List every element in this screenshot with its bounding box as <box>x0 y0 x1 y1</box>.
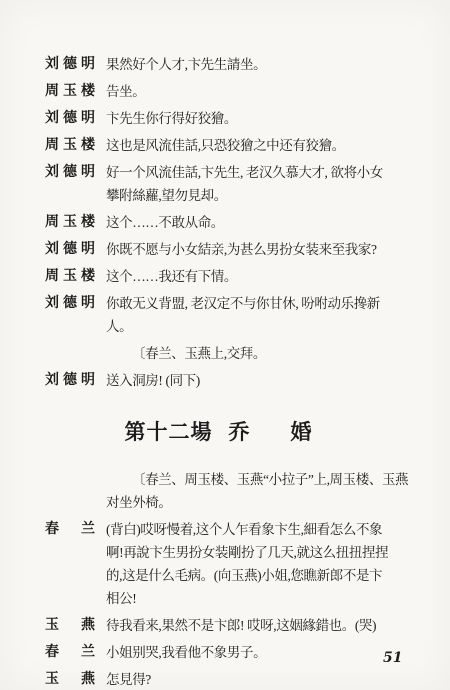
text-line: 〔春兰、周玉楼、玉燕“小拉子”上,周玉楼、玉燕 <box>106 468 422 491</box>
text-line: 对坐外椅。 <box>106 491 422 514</box>
speaker-name: 周玉楼 <box>45 265 95 288</box>
text-line: 怎見得? <box>106 668 422 690</box>
dialogue-row: 周玉楼这个……我还有下情。 <box>45 265 422 288</box>
dialogue-row: 周玉楼告坐。 <box>45 80 422 103</box>
dialogue-text: 你既不愿与小女結亲,为甚么男扮女装来至我家? <box>106 238 422 261</box>
speaker-name: 周玉楼 <box>45 134 95 157</box>
scene-title-number: 第十二場 <box>125 416 213 446</box>
book-page: 刘德明果然好个人才,卞先生請坐。周玉楼告坐。刘德明卞先生你行得好狡獪。周玉楼这也… <box>0 0 450 690</box>
stage-direction-text: 〔春兰、周玉楼、玉燕“小拉子”上,周玉楼、玉燕对坐外椅。 <box>106 468 422 514</box>
text-line: 果然好个人才,卞先生請坐。 <box>106 53 422 76</box>
dialogue-row: 周玉楼这也是风流佳話,只恐狡獪之中还有狡獪。 <box>45 134 422 157</box>
dialogue-row: 春兰小姐别哭,我看他不象男子。 <box>45 641 422 664</box>
dialogue-row: 刘德明果然好个人才,卞先生請坐。 <box>45 53 422 76</box>
stage-direction-text: 〔春兰、玉燕上,交拜。 <box>106 342 422 365</box>
dialogue-section-top: 刘德明果然好个人才,卞先生請坐。周玉楼告坐。刘德明卞先生你行得好狡獪。周玉楼这也… <box>45 53 422 392</box>
dialogue-row: 刘德明你既不愿与小女結亲,为甚么男扮女装来至我家? <box>45 238 422 261</box>
dialogue-row: 周玉楼这个……不敢从命。 <box>45 211 422 234</box>
speaker-name: 周玉楼 <box>45 211 95 234</box>
dialogue-text: 果然好个人才,卞先生請坐。 <box>106 53 422 76</box>
speaker-name: 刘德明 <box>45 238 95 261</box>
dialogue-text: 这也是风流佳話,只恐狡獪之中还有狡獪。 <box>106 134 422 157</box>
speaker-name: 玉燕 <box>45 614 95 637</box>
dialogue-row: 刘德明好一个风流佳話,卞先生, 老汉久慕大才, 欲将小女攀附絲蘿,望勿見却。 <box>45 161 422 207</box>
text-line: 这个……不敢从命。 <box>106 211 422 234</box>
dialogue-section-bottom: 〔春兰、周玉楼、玉燕“小拉子”上,周玉楼、玉燕对坐外椅。春兰(背白)哎呀慢着,这… <box>45 468 422 690</box>
speaker-name: 春兰 <box>45 518 95 610</box>
text-line: 啊!再說卞生男扮女装剛扮了几天,就这么扭扭捏捏 <box>106 541 422 564</box>
stage-direction-row: 〔春兰、玉燕上,交拜。 <box>45 342 422 365</box>
dialogue-text: 这个……我还有下情。 <box>106 265 422 288</box>
text-line: 这个……我还有下情。 <box>106 265 422 288</box>
dialogue-text: 这个……不敢从命。 <box>106 211 422 234</box>
dialogue-text: 好一个风流佳話,卞先生, 老汉久慕大才, 欲将小女攀附絲蘿,望勿見却。 <box>106 161 422 207</box>
dialogue-row: 刘德明你敢无义背盟, 老汉定不与你甘休, 吩咐动乐搀新人。 <box>45 292 422 338</box>
speaker-name: 刘德明 <box>45 161 95 207</box>
scene-title-word-2: 婚 <box>291 416 313 446</box>
dialogue-row: 春兰(背白)哎呀慢着,这个人乍看象卞生,細看怎么不象啊!再說卞生男扮女装剛扮了几… <box>45 518 422 610</box>
dialogue-text: 告坐。 <box>106 80 422 103</box>
text-line: 好一个风流佳話,卞先生, 老汉久慕大才, 欲将小女 <box>106 161 422 184</box>
text-line: 小姐别哭,我看他不象男子。 <box>106 641 422 664</box>
text-line: 卞先生你行得好狡獪。 <box>106 107 422 130</box>
text-line: 这也是风流佳話,只恐狡獪之中还有狡獪。 <box>106 134 422 157</box>
stage-direction-row: 〔春兰、周玉楼、玉燕“小拉子”上,周玉楼、玉燕对坐外椅。 <box>45 468 422 514</box>
text-line: 〔春兰、玉燕上,交拜。 <box>106 342 422 365</box>
text-line: 你敢无义背盟, 老汉定不与你甘休, 吩咐动乐搀新 <box>106 292 422 315</box>
dialogue-text: 送入洞房! (同下) <box>106 369 422 392</box>
dialogue-text: 怎見得? <box>106 668 422 690</box>
text-line: 送入洞房! (同下) <box>106 369 422 392</box>
speaker-name: 春兰 <box>45 641 95 664</box>
dialogue-row: 刘德明卞先生你行得好狡獪。 <box>45 107 422 130</box>
text-line: 攀附絲蘿,望勿見却。 <box>106 184 422 207</box>
speaker-name: 周玉楼 <box>45 80 95 103</box>
scene-title: 第十二場 乔 婚 <box>45 416 392 446</box>
text-line: (背白)哎呀慢着,这个人乍看象卞生,細看怎么不象 <box>106 518 422 541</box>
text-line: 你既不愿与小女結亲,为甚么男扮女装来至我家? <box>106 238 422 261</box>
speaker-name: 刘德明 <box>45 107 95 130</box>
text-line: 相公! <box>106 587 422 610</box>
script-content: 刘德明果然好个人才,卞先生請坐。周玉楼告坐。刘德明卞先生你行得好狡獪。周玉楼这也… <box>45 53 422 690</box>
text-line: 人。 <box>106 315 422 338</box>
speaker-name: 刘德明 <box>45 369 95 392</box>
dialogue-text: (背白)哎呀慢着,这个人乍看象卞生,細看怎么不象啊!再說卞生男扮女装剛扮了几天,… <box>106 518 422 610</box>
page-number: 51 <box>383 650 402 666</box>
text-line: 告坐。 <box>106 80 422 103</box>
text-line: 待我看来,果然不是卞郎! 哎呀,这姻緣錯也。(哭) <box>106 614 422 637</box>
speaker-name: 玉燕 <box>45 668 95 690</box>
dialogue-row: 刘德明送入洞房! (同下) <box>45 369 422 392</box>
speaker-name: 刘德明 <box>45 292 95 338</box>
speaker-name: 刘德明 <box>45 53 95 76</box>
dialogue-text: 待我看来,果然不是卞郎! 哎呀,这姻緣錯也。(哭) <box>106 614 422 637</box>
dialogue-row: 玉燕怎見得? <box>45 668 422 690</box>
dialogue-text: 小姐别哭,我看他不象男子。 <box>106 641 422 664</box>
text-line: 的,这是什么毛病。(向玉燕)小姐,您瞧新郎不是卞 <box>106 564 422 587</box>
dialogue-row: 玉燕待我看来,果然不是卞郎! 哎呀,这姻緣錯也。(哭) <box>45 614 422 637</box>
scene-title-word-1: 乔 <box>229 416 251 446</box>
dialogue-text: 卞先生你行得好狡獪。 <box>106 107 422 130</box>
dialogue-text: 你敢无义背盟, 老汉定不与你甘休, 吩咐动乐搀新人。 <box>106 292 422 338</box>
